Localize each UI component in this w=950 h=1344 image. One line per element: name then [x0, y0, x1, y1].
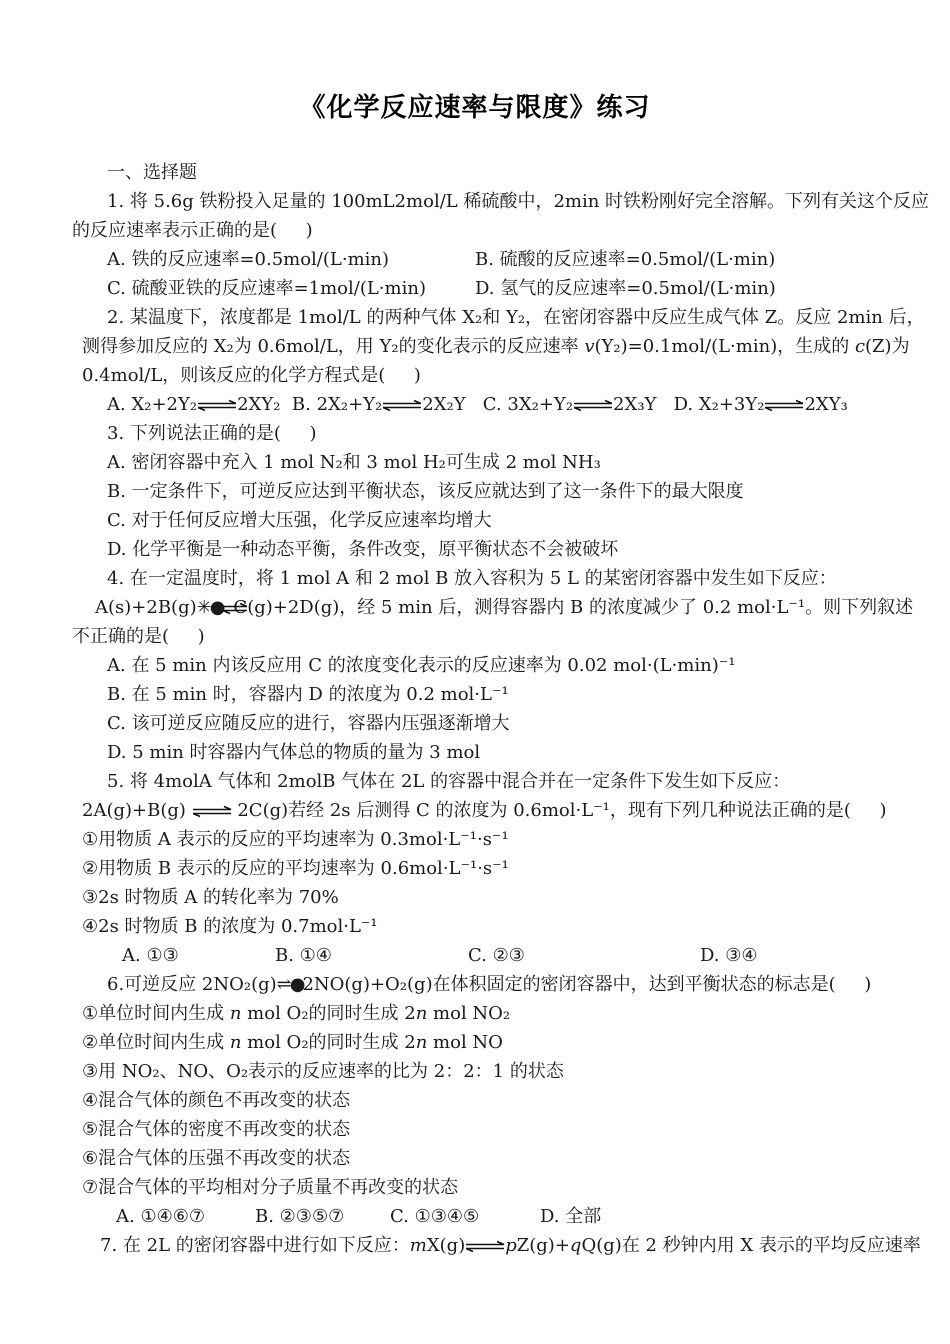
option-cell: A. ①④⑥⑦: [116, 1202, 255, 1231]
text-run: (Y₂)=0.1mol/(L·min)，生成的: [595, 336, 855, 357]
text-run: C. 该可逆反应随反应的进行，容器内压强逐渐增大: [107, 713, 510, 734]
text-run: D. 氢气的反应速率=0.5mol/(L·min): [475, 278, 776, 299]
doc-line: ⑥混合气体的压强不再改变的状态: [82, 1144, 910, 1173]
document-body: 一、选择题1. 将 5.6g 铁粉投入足量的 100mL2mol/L 稀硫酸中，…: [72, 158, 910, 1260]
text-run: D. 全部: [540, 1206, 601, 1227]
doc-line: 2A(g)+B(g) 2C(g)若经 2s 后测得 C 的浓度为 0.6mol·…: [82, 796, 910, 825]
doc-line: 一、选择题: [107, 158, 910, 187]
text-run: D. ③④: [700, 945, 758, 966]
text-run: ②单位时间内生成: [82, 1032, 230, 1053]
text-run: C. 对于任何反应增大压强，化学反应速率均增大: [107, 510, 492, 531]
text-run: 6.可逆反应 2NO₂(g): [107, 974, 277, 995]
doc-line: ④混合气体的颜色不再改变的状态: [82, 1086, 910, 1115]
doc-line: A. X₂+2Y₂2XY₂ B. 2X₂+Y₂2X₂Y C. 3X₂+Y₂2X₃…: [107, 390, 910, 419]
page-title: 《化学反应速率与限度》练习: [72, 90, 878, 126]
text-run: D. 化学平衡是一种动态平衡，条件改变，原平衡状态不会被破坏: [107, 539, 618, 560]
text-run: 一、选择题: [107, 162, 197, 183]
garbled-equilibrium-symbol: ✳●: [197, 597, 224, 618]
option-cell: B. ①④: [275, 941, 468, 970]
doc-line: 2. 某温度下，浓度都是 1mol/L 的两种气体 X₂和 Y₂，在密闭容器中反…: [107, 303, 910, 332]
doc-line: B. 在 5 min 时，容器内 D 的浓度为 0.2 mol·L⁻¹: [107, 680, 910, 709]
option-cell: C. 硫酸亚铁的反应速率=1mol/(L·min): [107, 274, 475, 303]
doc-line: C. 该可逆反应随反应的进行，容器内压强逐渐增大: [107, 709, 910, 738]
text-run: Q(g)在 2 秒钟内用 X 表示的平均反应速率: [581, 1235, 920, 1256]
doc-line: 1. 将 5.6g 铁粉投入足量的 100mL2mol/L 稀硫酸中，2min …: [107, 187, 910, 216]
doc-line: 7. 在 2L 的密闭容器中进行如下反应：mX(g)pZ(g)+qQ(g)在 2…: [100, 1231, 910, 1260]
italic-variable: p: [505, 1235, 517, 1256]
equilibrium-arrow-icon: [465, 1240, 505, 1253]
text-run: ③用 NO₂、NO、O₂表示的反应速率的比为 2：2：1 的状态: [82, 1061, 564, 1082]
text-run: 2XY₃: [804, 394, 847, 415]
doc-line: A. 铁的反应速率=0.5mol/(L·min)B. 硫酸的反应速率=0.5mo…: [107, 245, 910, 274]
text-run: C(g)+2D(g)，经 5 min 后，测得容器内 B 的浓度减少了 0.2 …: [233, 597, 913, 618]
doc-line: C. 硫酸亚铁的反应速率=1mol/(L·min)D. 氢气的反应速率=0.5m…: [107, 274, 910, 303]
text-run: 不正确的是( ): [72, 626, 205, 647]
italic-variable: n: [416, 1032, 428, 1053]
text-run: 7. 在 2L 的密闭容器中进行如下反应：: [100, 1235, 410, 1256]
text-run: 0.4mol/L，则该反应的化学方程式是( ): [82, 365, 421, 386]
text-run: D. 5 min 时容器内气体总的物质的量为 3 mol: [107, 742, 480, 763]
doc-line: C. 对于任何反应增大压强，化学反应速率均增大: [107, 506, 910, 535]
doc-line: 6.可逆反应 2NO₂(g)⇌●2NO(g)+O₂(g)在体积固定的密闭容器中，…: [107, 970, 910, 999]
text-run: 测得参加反应的 X₂为 0.6mol/L，用 Y₂的变化表示的反应速率: [82, 336, 584, 357]
doc-line: 3. 下列说法正确的是( ): [107, 419, 910, 448]
italic-variable: n: [230, 1003, 242, 1024]
doc-line: B. 一定条件下，可逆反应达到平衡状态，该反应就达到了这一条件下的最大限度: [107, 477, 910, 506]
text-run: B. 硫酸的反应速率=0.5mol/(L·min): [475, 249, 775, 270]
text-run: ①用物质 A 表示的反应的平均速率为 0.3mol·L⁻¹·s⁻¹: [82, 829, 509, 850]
doc-line: A. 在 5 min 内该反应用 C 的浓度变化表示的反应速率为 0.02 mo…: [107, 651, 910, 680]
text-run: 2. 某温度下，浓度都是 1mol/L 的两种气体 X₂和 Y₂，在密闭容器中反…: [107, 307, 925, 328]
text-run: ②用物质 B 表示的反应的平均速率为 0.6mol·L⁻¹·s⁻¹: [82, 858, 509, 879]
italic-variable: q: [570, 1235, 582, 1256]
doc-line: ④2s 时物质 B 的浓度为 0.7mol·L⁻¹: [82, 912, 910, 941]
text-run: 2A(g)+B(g): [82, 800, 192, 821]
doc-line: ①用物质 A 表示的反应的平均速率为 0.3mol·L⁻¹·s⁻¹: [82, 825, 910, 854]
text-run: ⑥混合气体的压强不再改变的状态: [82, 1148, 350, 1169]
doc-line: A. ①③B. ①④C. ②③D. ③④: [122, 941, 910, 970]
text-run: B. 一定条件下，可逆反应达到平衡状态，该反应就达到了这一条件下的最大限度: [107, 481, 744, 502]
doc-line: ③用 NO₂、NO、O₂表示的反应速率的比为 2：2：1 的状态: [82, 1057, 910, 1086]
doc-line: 4. 在一定温度时，将 1 mol A 和 2 mol B 放入容积为 5 L …: [107, 564, 910, 593]
text-run: 2X₃Y D. X₂+3Y₂: [613, 394, 764, 415]
doc-line: ①单位时间内生成 n mol O₂的同时生成 2n mol NO₂: [82, 999, 910, 1028]
doc-line: A(s)+2B(g)✳●C(g)+2D(g)，经 5 min 后，测得容器内 B…: [95, 593, 910, 622]
doc-line: A. 密闭容器中充入 1 mol N₂和 3 mol H₂可生成 2 mol N…: [107, 448, 910, 477]
option-cell: C. ①③④⑤: [390, 1202, 540, 1231]
option-cell: B. ②③⑤⑦: [255, 1202, 390, 1231]
text-run: B. 在 5 min 时，容器内 D 的浓度为 0.2 mol·L⁻¹: [107, 684, 509, 705]
doc-line: ⑦混合气体的平均相对分子质量不再改变的状态: [82, 1173, 910, 1202]
text-run: ①单位时间内生成: [82, 1003, 230, 1024]
text-run: A. X₂+2Y₂: [107, 394, 197, 415]
text-run: 1. 将 5.6g 铁粉投入足量的 100mL2mol/L 稀硫酸中，2min …: [107, 191, 929, 212]
doc-line: 的反应速率表示正确的是( ): [72, 216, 910, 245]
garbled-equilibrium-symbol: ⇌●: [277, 974, 304, 995]
option-cell: C. ②③: [468, 941, 700, 970]
text-run: A. 在 5 min 内该反应用 C 的浓度变化表示的反应速率为 0.02 mo…: [107, 655, 735, 676]
doc-line: D. 5 min 时容器内气体总的物质的量为 3 mol: [107, 738, 910, 767]
text-run: mol O₂的同时生成 2: [241, 1032, 415, 1053]
equilibrium-arrow-icon: [197, 399, 237, 412]
text-run: Z(g)+: [517, 1235, 570, 1256]
italic-variable: v: [584, 336, 594, 357]
doc-line: 不正确的是( ): [72, 622, 910, 651]
text-run: ⑦混合气体的平均相对分子质量不再改变的状态: [82, 1177, 458, 1198]
equilibrium-arrow-icon: [192, 805, 232, 818]
doc-line: D. 化学平衡是一种动态平衡，条件改变，原平衡状态不会被破坏: [107, 535, 910, 564]
text-run: mol NO: [427, 1032, 503, 1053]
text-run: mol NO₂: [427, 1003, 510, 1024]
text-run: 2XY₂ B. 2X₂+Y₂: [237, 394, 382, 415]
text-run: 3. 下列说法正确的是( ): [107, 423, 317, 444]
italic-variable: c: [855, 336, 865, 357]
text-run: (Z)为: [865, 336, 910, 357]
text-run: 的反应速率表示正确的是( ): [72, 220, 313, 241]
italic-variable: n: [416, 1003, 428, 1024]
equilibrium-arrow-icon: [764, 399, 804, 412]
text-run: ③2s 时物质 A 的转化率为 70%: [82, 887, 339, 908]
text-run: 4. 在一定温度时，将 1 mol A 和 2 mol B 放入容积为 5 L …: [107, 568, 837, 589]
doc-line: ②单位时间内生成 n mol O₂的同时生成 2n mol NO: [82, 1028, 910, 1057]
text-run: 5. 将 4molA 气体和 2molB 气体在 2L 的容器中混合并在一定条件…: [107, 771, 790, 792]
text-run: A. 密闭容器中充入 1 mol N₂和 3 mol H₂可生成 2 mol N…: [107, 452, 601, 473]
doc-line: 0.4mol/L，则该反应的化学方程式是( ): [82, 361, 910, 390]
equilibrium-arrow-icon: [573, 399, 613, 412]
document-page: 《化学反应速率与限度》练习 一、选择题1. 将 5.6g 铁粉投入足量的 100…: [0, 0, 950, 1260]
text-run: ⑤混合气体的密度不再改变的状态: [82, 1119, 350, 1140]
equilibrium-arrow-icon: [382, 399, 422, 412]
text-run: 2X₂Y C. 3X₂+Y₂: [422, 394, 573, 415]
doc-line: 测得参加反应的 X₂为 0.6mol/L，用 Y₂的变化表示的反应速率 v(Y₂…: [82, 332, 910, 361]
option-cell: A. ①③: [122, 941, 275, 970]
doc-line: 5. 将 4molA 气体和 2molB 气体在 2L 的容器中混合并在一定条件…: [107, 767, 910, 796]
text-run: 2NO(g)+O₂(g)在体积固定的密闭容器中，达到平衡状态的标志是( ): [302, 974, 871, 995]
text-run: ④2s 时物质 B 的浓度为 0.7mol·L⁻¹: [82, 916, 378, 937]
text-run: A(s)+2B(g): [95, 597, 197, 618]
text-run: 2C(g)若经 2s 后测得 C 的浓度为 0.6mol·L⁻¹，现有下列几种说…: [232, 800, 887, 821]
text-run: X(g): [427, 1235, 465, 1256]
text-run: mol O₂的同时生成 2: [241, 1003, 415, 1024]
italic-variable: m: [410, 1235, 427, 1256]
doc-line: ⑤混合气体的密度不再改变的状态: [82, 1115, 910, 1144]
italic-variable: n: [230, 1032, 242, 1053]
option-cell: A. 铁的反应速率=0.5mol/(L·min): [107, 245, 475, 274]
doc-line: ③2s 时物质 A 的转化率为 70%: [82, 883, 910, 912]
doc-line: A. ①④⑥⑦B. ②③⑤⑦C. ①③④⑤D. 全部: [116, 1202, 910, 1231]
text-run: ④混合气体的颜色不再改变的状态: [82, 1090, 350, 1111]
doc-line: ②用物质 B 表示的反应的平均速率为 0.6mol·L⁻¹·s⁻¹: [82, 854, 910, 883]
